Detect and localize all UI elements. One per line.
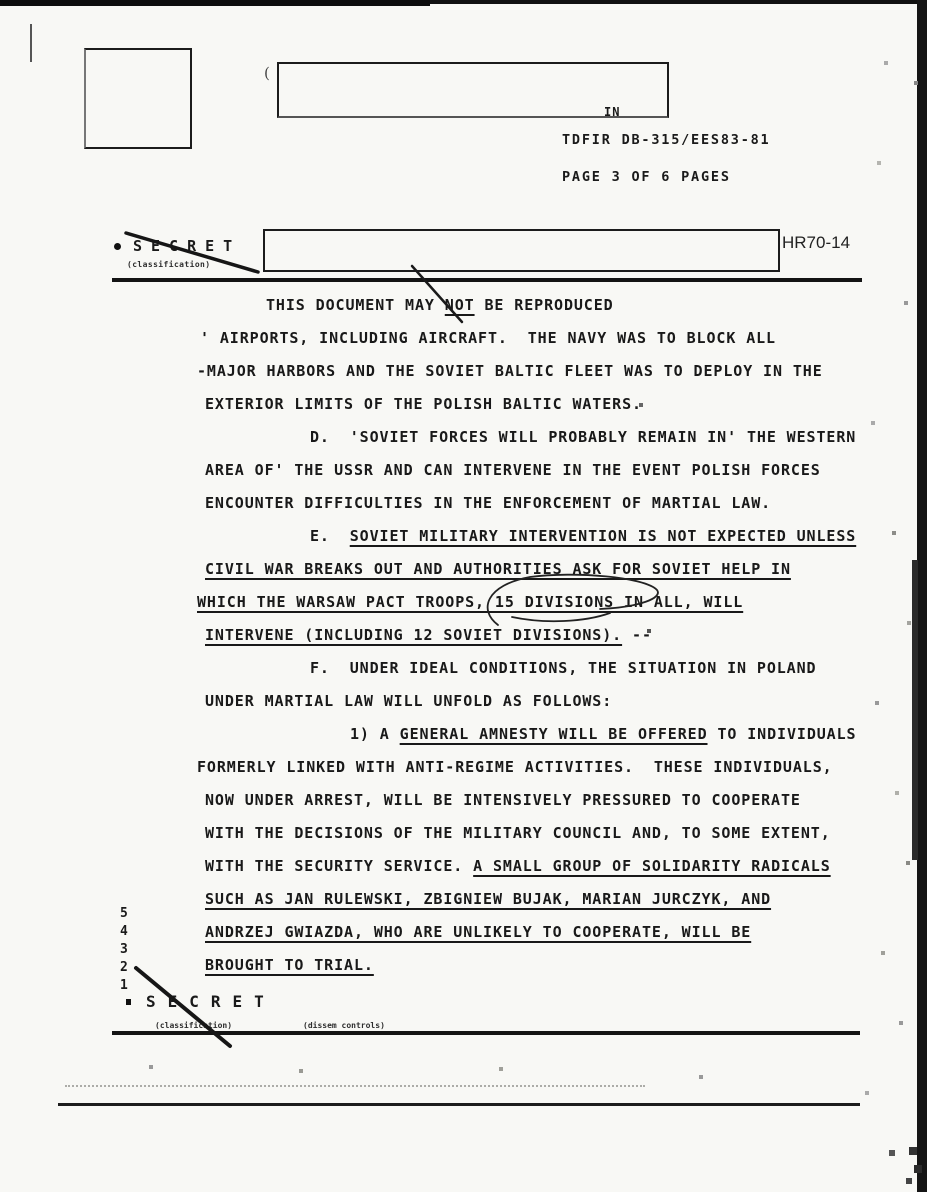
text: FORMERLY LINKED WITH ANTI-REGIME ACTIVIT… — [197, 758, 833, 776]
document-line: THIS DOCUMENT MAY NOT BE REPRODUCED — [266, 296, 614, 314]
classification-bottom-label: SECRET — [146, 992, 276, 1011]
bullet-mark — [114, 243, 121, 250]
document-line: BROUGHT TO TRIAL. — [205, 956, 374, 974]
underlined-text: CIVIL WAR BREAKS OUT AND AUTHORITIES ASK… — [205, 560, 791, 578]
text: UNDER MARTIAL LAW WILL UNFOLD AS FOLLOWS… — [205, 692, 612, 710]
document-line: WHICH THE WARSAW PACT TROOPS, 15 DIVISIO… — [197, 593, 743, 611]
classification-top-label: SECRET — [133, 237, 241, 255]
scan-edge-right — [917, 0, 927, 1192]
stray-paren-mark: ( — [264, 64, 270, 82]
text: AREA OF' THE USSR AND CAN INTERVENE IN T… — [205, 461, 821, 479]
document-line: 1) A GENERAL AMNESTY WILL BE OFFERED TO … — [350, 725, 856, 743]
underlined-text: SOVIET MILITARY INTERVENTION IS NOT EXPE… — [350, 527, 856, 545]
document-line: -MAJOR HARBORS AND THE SOVIET BALTIC FLE… — [197, 362, 823, 380]
document-line: FORMERLY LINKED WITH ANTI-REGIME ACTIVIT… — [197, 758, 833, 776]
document-line: ANDRZEJ GWIAZDA, WHO ARE UNLIKELY TO COO… — [205, 923, 751, 941]
document-line: F. UNDER IDEAL CONDITIONS, THE SITUATION… — [310, 659, 816, 677]
classification-bottom-sublabel: (classification) — [155, 1021, 232, 1030]
margin-number: 3 — [120, 942, 128, 957]
margin-number: 5 — [120, 906, 128, 921]
underlined-text: NOT — [445, 296, 475, 314]
margin-number: 1 — [120, 978, 128, 993]
text: BE REPRODUCED — [475, 296, 614, 314]
page-count-label: PAGE 3 OF 6 PAGES — [562, 169, 731, 185]
document-line: INTERVENE (INCLUDING 12 SOVIET DIVISIONS… — [205, 626, 652, 644]
partial-text: IN — [604, 105, 620, 119]
horizontal-rule-bottom — [112, 1031, 860, 1035]
underlined-text: ANDRZEJ GWIAZDA, WHO ARE UNLIKELY TO COO… — [205, 923, 751, 941]
document-line: ' AIRPORTS, INCLUDING AIRCRAFT. THE NAVY… — [200, 329, 776, 347]
text: 1) A — [350, 725, 400, 743]
document-line: EXTERIOR LIMITS OF THE POLISH BALTIC WAT… — [205, 395, 642, 413]
margin-number: 4 — [120, 924, 128, 939]
underline-annotation — [512, 613, 610, 621]
scan-dotted-line — [65, 1085, 645, 1087]
underlined-text: SUCH AS JAN RULEWSKI, ZBIGNIEW BUJAK, MA… — [205, 890, 771, 908]
scan-edge-top-thick — [0, 0, 430, 6]
text: WITH THE SECURITY SERVICE. — [205, 857, 473, 875]
text: WITH THE DECISIONS OF THE MILITARY COUNC… — [205, 824, 831, 842]
document-line: WITH THE DECISIONS OF THE MILITARY COUNC… — [205, 824, 831, 842]
document-line: WITH THE SECURITY SERVICE. A SMALL GROUP… — [205, 857, 831, 875]
redaction-box-classification-line — [263, 229, 780, 272]
underlined-text: GENERAL AMNESTY WILL BE OFFERED — [400, 725, 708, 743]
text: ' AIRPORTS, INCLUDING AIRCRAFT. THE NAVY… — [200, 329, 776, 347]
text: NOW UNDER ARREST, WILL BE INTENSIVELY PR… — [205, 791, 801, 809]
document-line: UNDER MARTIAL LAW WILL UNFOLD AS FOLLOWS… — [205, 692, 612, 710]
text: D. 'SOVIET FORCES WILL PROBABLY REMAIN I… — [310, 428, 856, 446]
text: THIS DOCUMENT MAY — [266, 296, 445, 314]
text: ENCOUNTER DIFFICULTIES IN THE ENFORCEMEN… — [205, 494, 771, 512]
release-stamp: HR70-14 — [782, 233, 850, 253]
document-line: E. SOVIET MILITARY INTERVENTION IS NOT E… — [310, 527, 856, 545]
document-line: SUCH AS JAN RULEWSKI, ZBIGNIEW BUJAK, MA… — [205, 890, 771, 908]
redaction-box-top-left — [84, 48, 192, 149]
document-number: TDFIR DB-315/EES83-81 — [562, 132, 770, 148]
scan-bottom-line — [58, 1103, 860, 1106]
scan-edge-right-notch — [912, 560, 918, 860]
classification-top-sublabel: (classification) — [127, 260, 210, 269]
text: -- — [622, 626, 652, 644]
text: -MAJOR HARBORS AND THE SOVIET BALTIC FLE… — [197, 362, 823, 380]
underlined-text: A SMALL GROUP OF SOLIDARITY RADICALS — [473, 857, 831, 875]
horizontal-rule-top — [112, 278, 862, 282]
text: F. UNDER IDEAL CONDITIONS, THE SITUATION… — [310, 659, 816, 677]
text: TO INDIVIDUALS — [708, 725, 857, 743]
document-line: D. 'SOVIET FORCES WILL PROBABLY REMAIN I… — [310, 428, 856, 446]
scan-noise-speckles — [0, 0, 2, 2]
margin-number: 2 — [120, 960, 128, 975]
document-line: NOW UNDER ARREST, WILL BE INTENSIVELY PR… — [205, 791, 801, 809]
text: E. — [310, 527, 350, 545]
document-line: ENCOUNTER DIFFICULTIES IN THE ENFORCEMEN… — [205, 494, 771, 512]
underlined-text: BROUGHT TO TRIAL. — [205, 956, 374, 974]
underlined-text: INTERVENE (INCLUDING 12 SOVIET DIVISIONS… — [205, 626, 622, 644]
document-line: CIVIL WAR BREAKS OUT AND AUTHORITIES ASK… — [205, 560, 791, 578]
scan-mark-left — [30, 24, 32, 62]
text: EXTERIOR LIMITS OF THE POLISH BALTIC WAT… — [205, 395, 642, 413]
scanned-document-page: ( IN TDFIR DB-315/EES83-81 PAGE 3 OF 6 P… — [0, 0, 927, 1192]
document-line: AREA OF' THE USSR AND CAN INTERVENE IN T… — [205, 461, 821, 479]
underlined-text: WHICH THE WARSAW PACT TROOPS, 15 DIVISIO… — [197, 593, 743, 611]
bullet-mark-bottom — [126, 999, 131, 1005]
dissem-controls-sublabel: (dissem controls) — [303, 1021, 385, 1030]
